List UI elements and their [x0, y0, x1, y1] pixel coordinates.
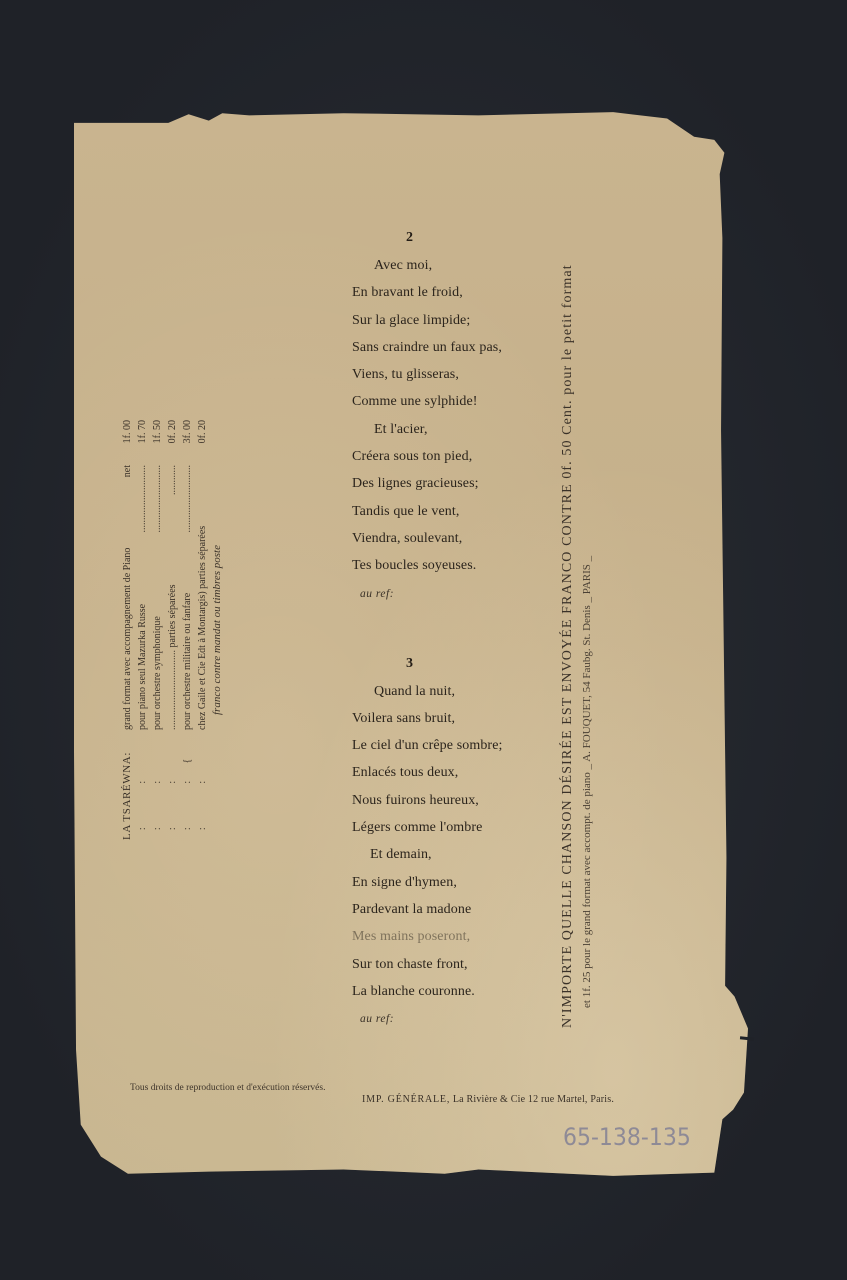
lyric-line: En signe d'hymen,	[352, 869, 562, 896]
lyric-line: Tes boucles soyeuses.	[352, 552, 562, 579]
verse-number: 3	[352, 654, 562, 678]
lyric-line: Quand la nuit,	[352, 678, 562, 705]
price-row-dots: ...........................	[150, 465, 165, 533]
lyrics-column: 2 Avec moi, En bravant le froid, Sur la …	[352, 228, 562, 1033]
advertisement-line-2: et 1f. 25 pour le grand format avec acco…	[578, 208, 596, 1028]
lyric-line: Sans craindre un faux pas,	[352, 334, 562, 361]
price-row-label: : :	[195, 730, 210, 840]
price-row-price: 3f. 00	[180, 420, 195, 465]
price-row-label: : :	[150, 730, 165, 840]
price-row: : : { pour orchestre militaire ou fanfar…	[180, 420, 195, 840]
lyric-line: Et l'acier,	[352, 416, 562, 443]
printer-imprint: IMP. GÉNÉRALE, La Rivière & Cie 12 rue M…	[362, 1094, 614, 1105]
verse-gap	[352, 608, 562, 654]
price-row-dots: net	[120, 465, 135, 477]
rights-notice: Tous droits de reproduction et d'exécuti…	[130, 1083, 325, 1093]
price-row-desc: pour orchestre militaire ou fanfare	[180, 533, 195, 731]
price-row-dots: ...........................	[180, 465, 195, 533]
lyric-line: En bravant le froid,	[352, 279, 562, 306]
price-footnote: franco contre mandat ou timbres poste	[210, 420, 225, 840]
price-row-label: : :	[165, 730, 180, 840]
lyric-line: Créera sous ton pied,	[352, 443, 562, 470]
price-row-label: LA TSARÉWNA:	[120, 730, 135, 840]
lyric-line: Tandis que le vent,	[352, 498, 562, 525]
lyric-line: Des lignes gracieuses;	[352, 470, 562, 497]
lyric-line: Sur ton chaste front,	[352, 951, 562, 978]
price-list: LA TSARÉWNA: grand format avec accompagn…	[120, 420, 240, 840]
lyric-line: La blanche couronne.	[352, 978, 562, 1005]
lyric-line: Avec moi,	[352, 252, 562, 279]
price-row-price: 1f. 70	[135, 420, 150, 465]
price-row: : : pour piano seul Mazurka Russe ......…	[135, 420, 150, 840]
printer-name: IMP. GÉNÉRALE,	[362, 1094, 450, 1105]
lyric-line: Enlacés tous deux,	[352, 759, 562, 786]
publisher-advertisement: N'IMPORTE QUELLE CHANSON DÉSIRÉE EST ENV…	[558, 208, 608, 1028]
lyric-line: Le ciel d'un crêpe sombre;	[352, 732, 562, 759]
printer-address: La Rivière & Cie 12 rue Martel, Paris.	[453, 1094, 614, 1105]
lyric-line: Et demain,	[352, 841, 562, 868]
verse-number: 2	[352, 228, 562, 252]
price-row: : : ................................ par…	[165, 420, 180, 840]
price-row: : : chez Gaile et Cie Edt à Montargis) p…	[195, 420, 210, 840]
price-row-desc: ................................ parties…	[165, 495, 180, 730]
lyric-line: Viens, tu glisseras,	[352, 361, 562, 388]
archive-catalog-number: 65-138-135	[563, 1124, 691, 1152]
price-row-desc: pour piano seul Mazurka Russe	[135, 533, 150, 731]
price-row-desc: grand format avec accompagnement de Pian…	[120, 477, 135, 730]
lyric-line: Voilera sans bruit,	[352, 705, 562, 732]
price-row-dots: ...........................	[135, 465, 150, 533]
lyric-line: Sur la glace limpide;	[352, 307, 562, 334]
price-row-price: 0f. 20	[165, 420, 180, 465]
lyric-line: Légers comme l'ombre	[352, 814, 562, 841]
price-row-desc: pour orchestre symphonique	[150, 533, 165, 731]
scan-background: LA TSARÉWNA: grand format avec accompagn…	[0, 0, 847, 1280]
price-row-label: : : {	[180, 730, 195, 840]
lyric-line: Comme une sylphide!	[352, 388, 562, 415]
lyric-line: Nous fuirons heureux,	[352, 787, 562, 814]
price-row-price: 1f. 50	[150, 420, 165, 465]
refrain-marker: au ref:	[352, 1005, 562, 1033]
lyric-line: Mes mains poseront,	[352, 923, 562, 950]
refrain-marker: au ref:	[352, 580, 562, 608]
price-row-label: : :	[135, 730, 150, 840]
lyric-line: Viendra, soulevant,	[352, 525, 562, 552]
price-row-desc: chez Gaile et Cie Edt à Montargis) parti…	[195, 465, 210, 730]
price-row-price: 1f. 00	[120, 420, 135, 465]
advertisement-line-1: N'IMPORTE QUELLE CHANSON DÉSIRÉE EST ENV…	[558, 208, 578, 1028]
lyric-line: Pardevant la madone	[352, 896, 562, 923]
price-row-dots: ............	[165, 465, 180, 495]
price-row: LA TSARÉWNA: grand format avec accompagn…	[120, 420, 135, 840]
price-row-price: 0f. 20	[195, 420, 210, 465]
price-row: : : pour orchestre symphonique .........…	[150, 420, 165, 840]
